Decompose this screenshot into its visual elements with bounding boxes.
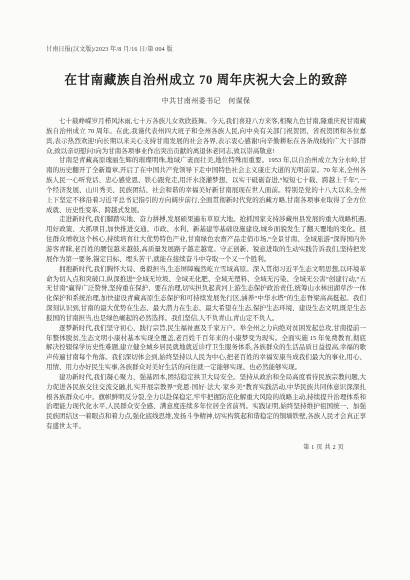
- article-body: 七十载峥嵘岁月栉风沐雨,七十万各族儿女欢欣鼓舞。今天,我们喜迎八方来客,相聚九色…: [46, 117, 366, 432]
- article-paragraph-4: 拥抱新时代,我们胸怀大局、勇毅担当,生态屏障巍然屹立雪域高原。深入贯彻习近平生态…: [46, 265, 366, 324]
- newspaper-masthead: 甘南日报(汉文版)/2023 年/8 月/16 日/第 004 版: [46, 46, 366, 54]
- article-byline: 中共甘南州委书记 何谋保: [46, 97, 366, 106]
- page-indicator: 第 1 页 共 2 页: [46, 444, 366, 452]
- article-paragraph-3: 走进新时代,我们脚踏实地、奋力拼搏,发展硕果遍布草原大地。抢抓国家支持涉藏州县发…: [46, 215, 366, 264]
- article-paragraph-2: 甘南是青藏高原瑰丽生辉的璀璨明珠,地域广袤而壮美,地位特殊而重要。1953 年,…: [46, 156, 366, 215]
- article-paragraph-5: 逐梦新时代,我们坚守初心、践行宗旨,民生福祉惠及千家万户。举全州之力向绝对贫困发…: [46, 324, 366, 373]
- article-paragraph-6: 建功新时代,我们凝心聚力、强基固本,团结稳定拱卫大局安全。坚持从政治和全局高度看…: [46, 373, 366, 432]
- article-paragraph-1: 七十载峥嵘岁月栉风沐雨,七十万各族儿女欢欣鼓舞。今天,我们喜迎八方来客,相聚九色…: [46, 117, 366, 156]
- document-page: 甘南日报(汉文版)/2023 年/8 月/16 日/第 004 版 在甘南藏族自…: [0, 0, 410, 580]
- article-title: 在甘南藏族自治州成立 70 周年庆祝大会上的致辞: [46, 73, 366, 88]
